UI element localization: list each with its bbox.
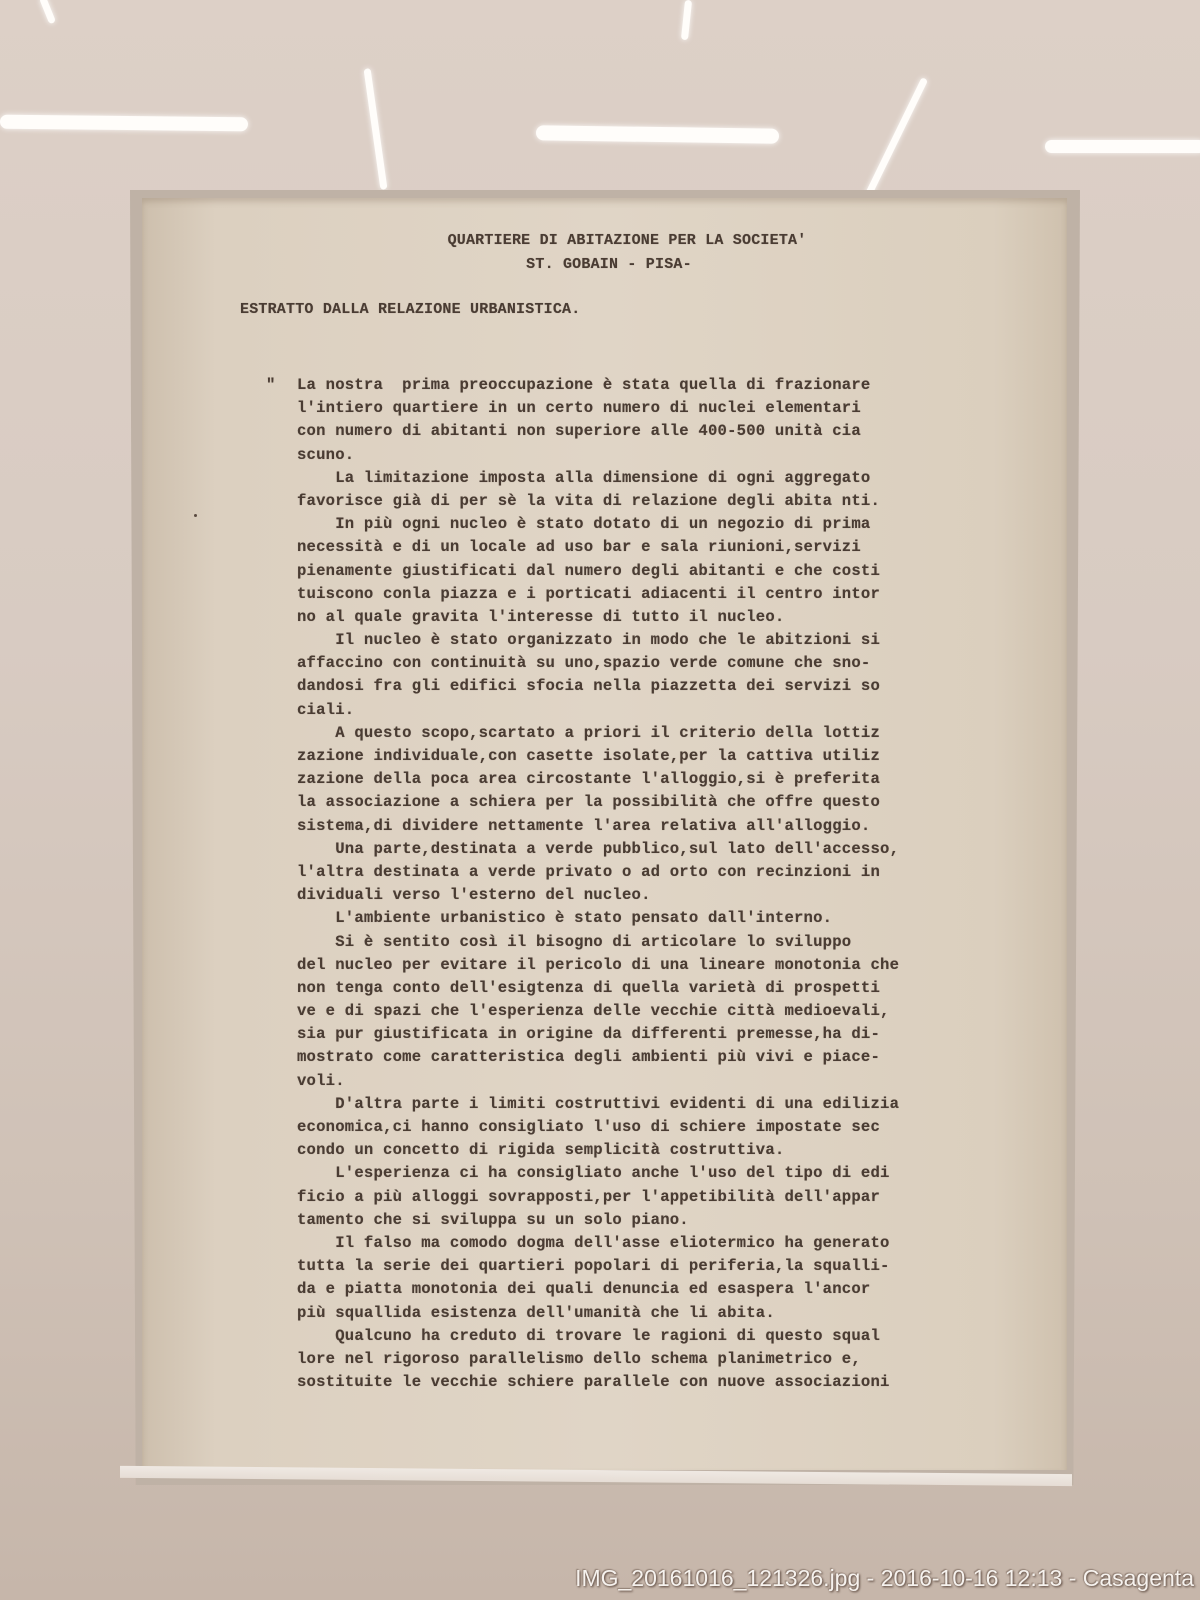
document-line: del nucleo per evitare il pericolo di un… <box>297 954 899 977</box>
document-body: La nostra prima preoccupazione è stata q… <box>297 374 899 1394</box>
light-reflection <box>0 115 248 132</box>
light-reflection <box>865 77 928 197</box>
document-line: lore nel rigoroso parallelismo dello sch… <box>297 1348 899 1371</box>
document-line: non tenga conto dell'esigtenza di quella… <box>297 977 899 1000</box>
document-title-location: ST. GOBAIN - PISA- <box>144 256 1074 273</box>
document-line: affaccino con continuità su uno,spazio v… <box>297 652 899 675</box>
document-line: sostituite le vecchie schiere parallele … <box>297 1371 899 1394</box>
document-line: da e piatta monotonia dei quali denuncia… <box>297 1278 899 1301</box>
document-line: Il falso ma comodo dogma dell'asse eliot… <box>297 1232 899 1255</box>
document-line: sistema,di dividere nettamente l'area re… <box>297 815 899 838</box>
document-line: scuno. <box>297 444 899 467</box>
document-line: favorisce già di per sè la vita di relaz… <box>297 490 899 513</box>
document-line: ciali. <box>297 699 899 722</box>
document-line: tutta la serie dei quartieri popolari di… <box>297 1255 899 1278</box>
document-line: Il nucleo è stato organizzato in modo ch… <box>297 629 899 652</box>
document-line: la associazione a schiera per la possibi… <box>297 791 899 814</box>
document-line: zazione della poca area circostante l'al… <box>297 768 899 791</box>
document-line: tamento che si sviluppa su un solo piano… <box>297 1209 899 1232</box>
document-line: con numero di abitanti non superiore all… <box>297 420 899 443</box>
light-reflection <box>364 68 388 190</box>
document-line: mostrato come caratteristica degli ambie… <box>297 1046 899 1069</box>
document-line: zazione individuale,con casette isolate,… <box>297 745 899 768</box>
opening-quote: " <box>266 374 276 397</box>
document-line: A questo scopo,scartato a priori il crit… <box>297 722 899 745</box>
photo-caption: IMG_20161016_121326.jpg - 2016-10-16 12:… <box>575 1565 1194 1592</box>
document-line: l'intiero quartiere in un certo numero d… <box>297 397 899 420</box>
document-line: Si è sentito così il bisogno di articola… <box>297 931 899 954</box>
light-reflection <box>536 125 779 143</box>
document-subtitle: ESTRATTO DALLA RELAZIONE URBANISTICA. <box>240 301 580 318</box>
document-line: l'altra destinata a verde privato o ad o… <box>297 861 899 884</box>
document-line: ve e di spazi che l'esperienza delle vec… <box>297 1000 899 1023</box>
document-line: necessità e di un locale ad uso bar e sa… <box>297 536 899 559</box>
light-reflection <box>39 0 56 24</box>
document-line: In più ogni nucleo è stato dotato di un … <box>297 513 899 536</box>
document-line: tuiscono conla piazza e i porticati adia… <box>297 583 899 606</box>
document-line: Una parte,destinata a verde pubblico,sul… <box>297 838 899 861</box>
document-line: più squallida esistenza dell'umanità che… <box>297 1302 899 1325</box>
document-line: D'altra parte i limiti costruttivi evide… <box>297 1093 899 1116</box>
document-line: economica,ci hanno consigliato l'uso di … <box>297 1116 899 1139</box>
document-line: La limitazione imposta alla dimensione d… <box>297 467 899 490</box>
document-line: condo un concetto di rigida semplicità c… <box>297 1139 899 1162</box>
document-line: pienamente giustificati dal numero degli… <box>297 560 899 583</box>
light-reflection <box>1045 140 1200 153</box>
document-line: voli. <box>297 1070 899 1093</box>
document-line: L'esperienza ci ha consigliato anche l'u… <box>297 1162 899 1185</box>
document-line: Qualcuno ha creduto di trovare le ragion… <box>297 1325 899 1348</box>
document-line: La nostra prima preoccupazione è stata q… <box>297 374 899 397</box>
document-line: L'ambiente urbanistico è stato pensato d… <box>297 907 899 930</box>
paper-speck <box>194 514 197 517</box>
light-reflection <box>681 0 692 40</box>
document-line: sia pur giustificata in origine da diffe… <box>297 1023 899 1046</box>
document-line: dandosi fra gli edifici sfocia nella pia… <box>297 675 899 698</box>
document-line: no al quale gravita l'interesse di tutto… <box>297 606 899 629</box>
document-line: dividuali verso l'esterno del nucleo. <box>297 884 899 907</box>
document-title: QUARTIERE DI ABITAZIONE PER LA SOCIETA' <box>162 232 1092 249</box>
document-line: ficio a più alloggi sovrapposti,per l'ap… <box>297 1186 899 1209</box>
typewritten-page: QUARTIERE DI ABITAZIONE PER LA SOCIETA' … <box>142 198 1067 1470</box>
